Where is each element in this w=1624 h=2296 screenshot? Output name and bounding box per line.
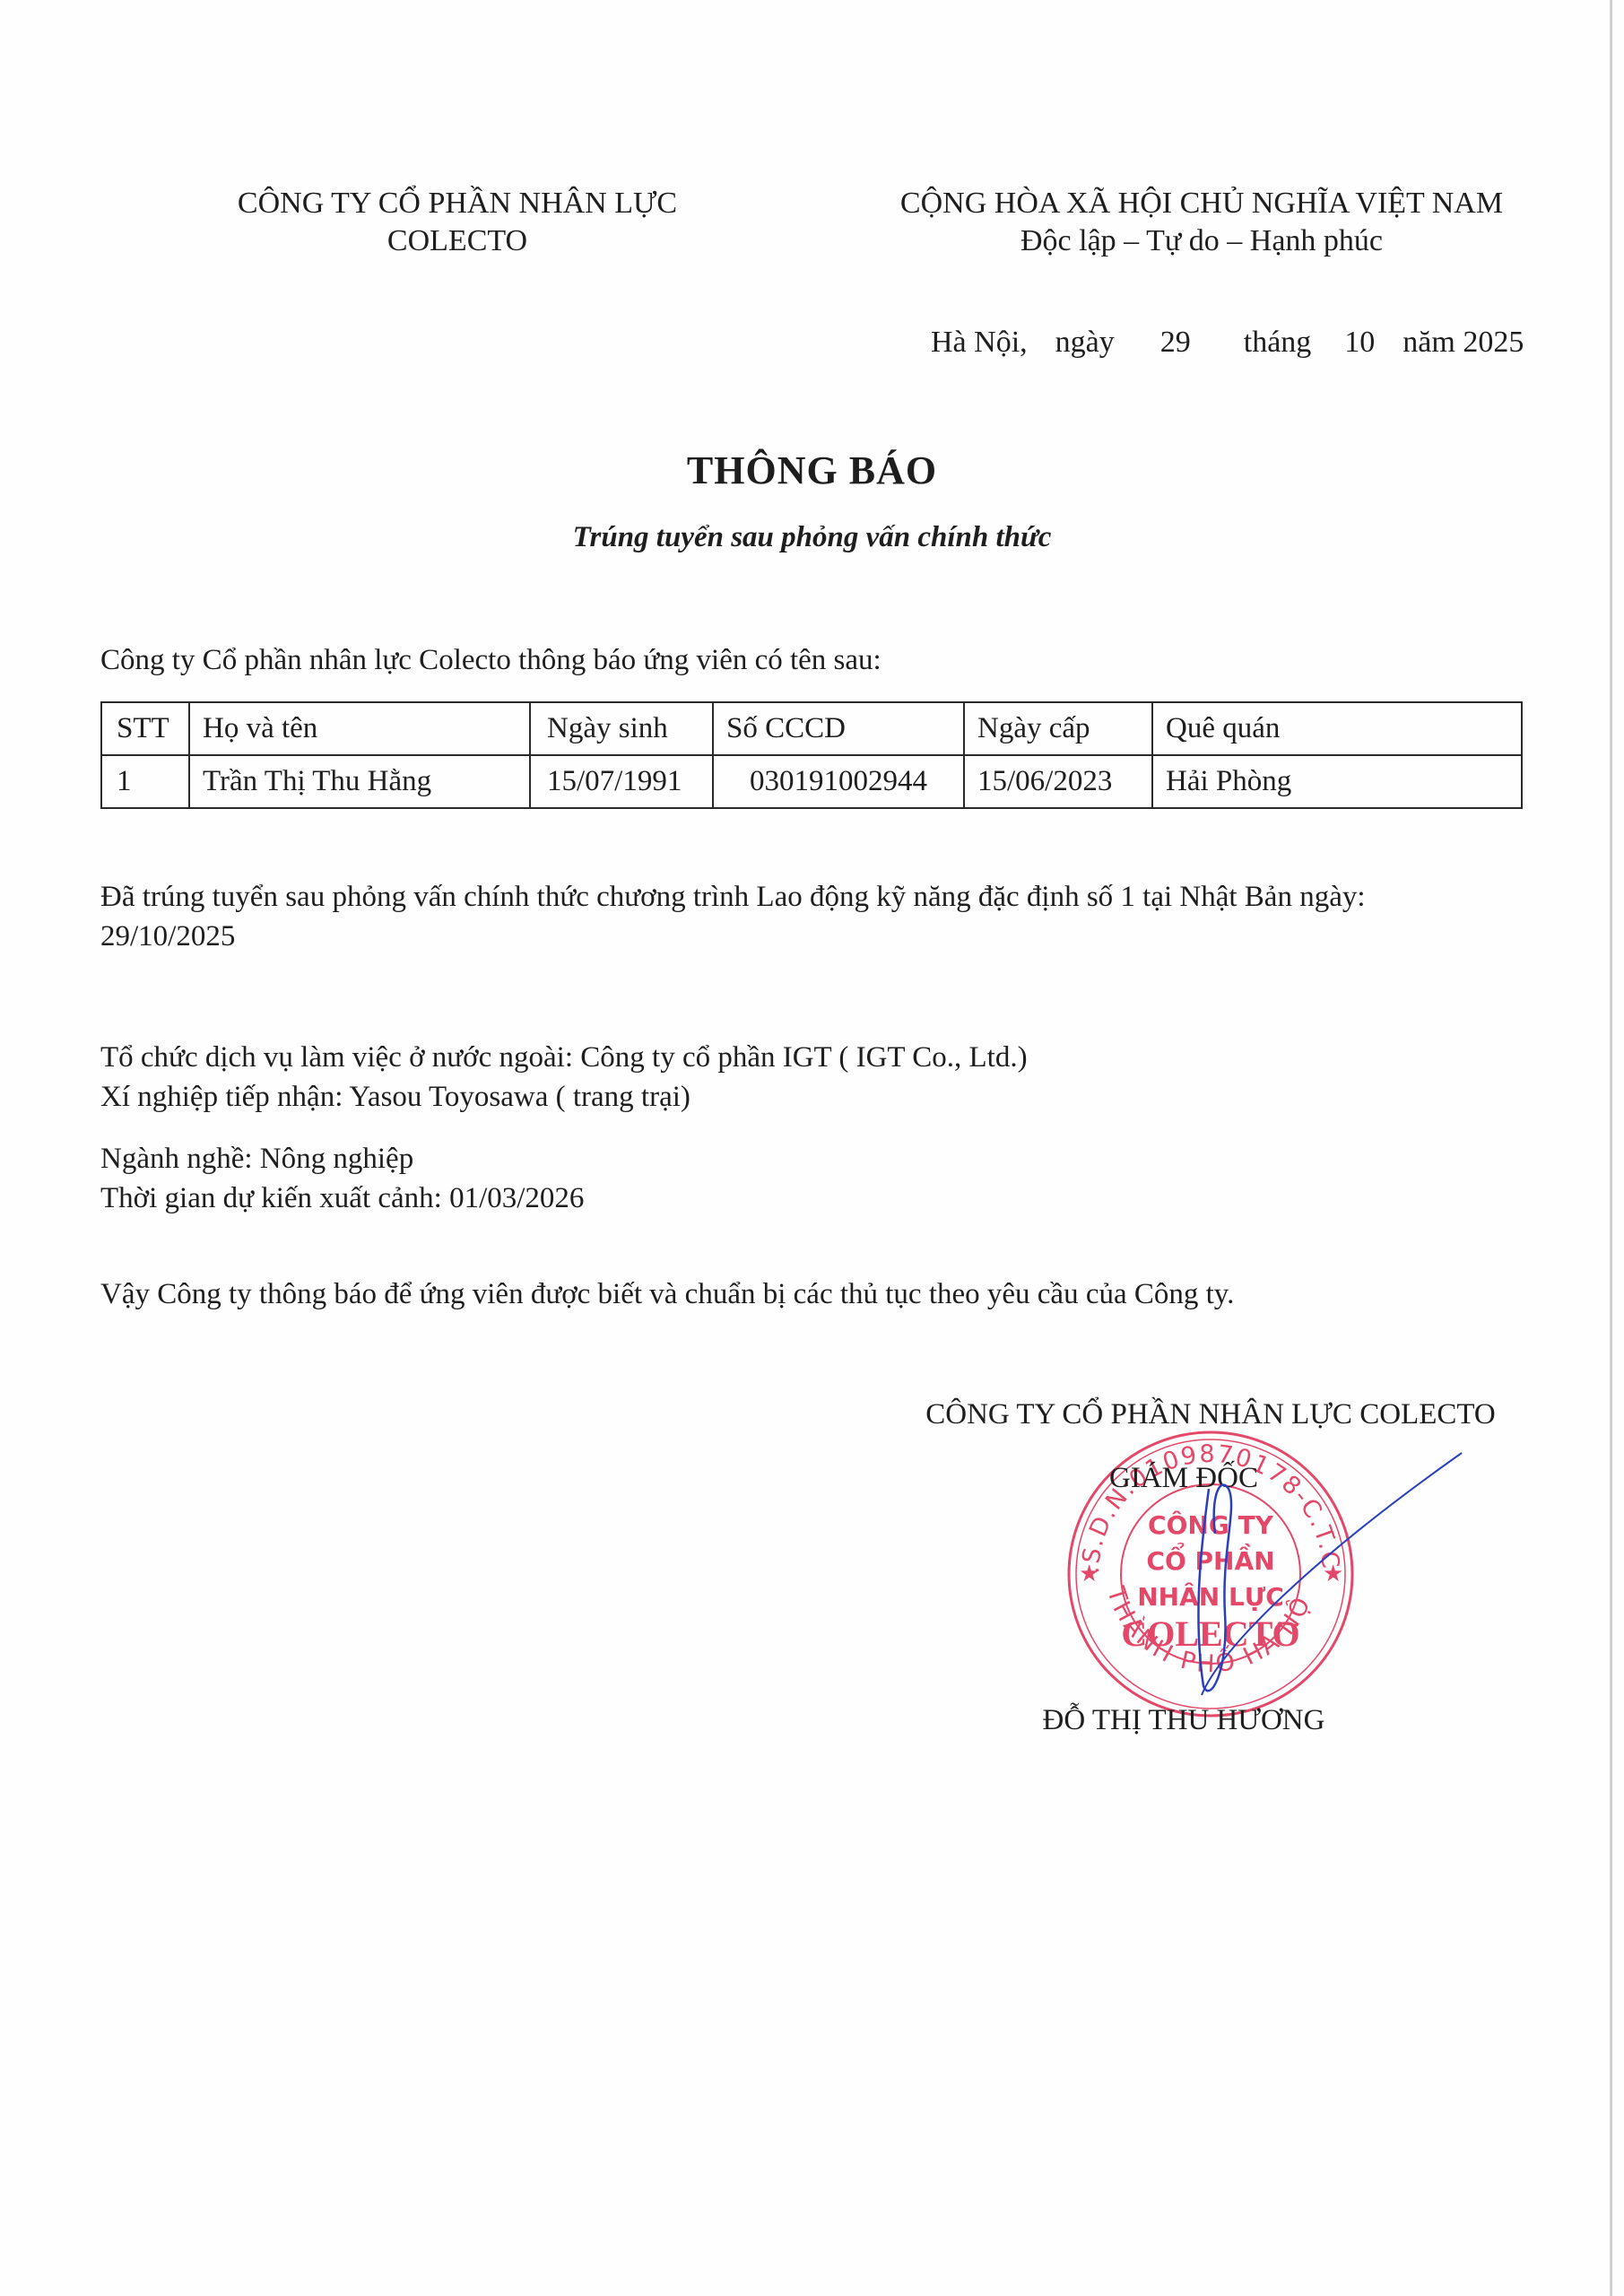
placement-paragraph: Tổ chức dịch vụ làm việc ở nước ngoài: C… — [100, 1038, 1028, 1117]
employer-line: Xí nghiệp tiếp nhận: Yasou Toyosawa ( tr… — [100, 1077, 1028, 1117]
header-issue-date: Ngày cấp — [964, 702, 1152, 755]
cell-issue-date: 15/06/2023 — [964, 755, 1152, 808]
job-paragraph: Ngành nghề: Nông nghiệp Thời gian dự kiế… — [100, 1139, 584, 1218]
cell-hometown: Hải Phòng — [1152, 755, 1522, 808]
result-date: 29/10/2025 — [100, 917, 1535, 956]
issuer-header: CÔNG TY CỔ PHẦN NHÂN LỰC COLECTO — [179, 185, 735, 260]
issuer-name-line2: COLECTO — [179, 222, 735, 260]
date-place: Hà Nội, — [931, 323, 1028, 362]
date-year-label: năm — [1403, 323, 1455, 362]
issuer-name-line1: CÔNG TY CỔ PHẦN NHÂN LỰC — [179, 185, 735, 222]
candidate-table: STT Họ và tên Ngày sinh Số CCCD Ngày cấp… — [100, 701, 1523, 809]
svg-text:★: ★ — [1079, 1561, 1099, 1587]
cell-date-of-birth: 15/07/1991 — [530, 755, 713, 808]
document-page: CÔNG TY CỔ PHẦN NHÂN LỰC COLECTO CỘNG HÒ… — [0, 0, 1624, 2296]
table-row: 1 Trần Thị Thu Hằng 15/07/1991 030191002… — [101, 755, 1522, 808]
date-year: 2025 — [1463, 323, 1524, 362]
document-subtitle: Trúng tuyển sau phỏng vấn chính thức — [0, 518, 1624, 557]
result-line: Đã trúng tuyển sau phỏng vấn chính thức … — [100, 877, 1535, 917]
date-month-label: tháng — [1244, 323, 1312, 362]
table-header-row: STT Họ và tên Ngày sinh Số CCCD Ngày cấp… — [101, 702, 1522, 755]
national-motto: Độc lập – Tự do – Hạnh phúc — [861, 222, 1542, 260]
header-stt: STT — [101, 702, 189, 755]
header-full-name: Họ và tên — [189, 702, 530, 755]
closing-paragraph: Vậy Công ty thông báo để ứng viên được b… — [100, 1275, 1234, 1314]
cell-id-number: 030191002944 — [713, 755, 964, 808]
result-paragraph: Đã trúng tuyển sau phỏng vấn chính thức … — [100, 877, 1535, 956]
date-day: 29 — [1160, 323, 1191, 362]
cell-full-name: Trần Thị Thu Hằng — [189, 755, 530, 808]
agency-line: Tổ chức dịch vụ làm việc ở nước ngoài: C… — [100, 1038, 1028, 1077]
signatory-name: ĐỖ THỊ THU HƯƠNG — [986, 1701, 1381, 1740]
header-hometown: Quê quán — [1152, 702, 1522, 755]
document-title: THÔNG BÁO — [0, 445, 1624, 496]
header-date-of-birth: Ngày sinh — [530, 702, 713, 755]
intro-text: Công ty Cổ phần nhân lực Colecto thông b… — [100, 641, 881, 680]
scan-edge-line — [1610, 0, 1612, 2296]
national-header: CỘNG HÒA XÃ HỘI CHỦ NGHĨA VIỆT NAM Độc l… — [861, 185, 1542, 260]
industry-line: Ngành nghề: Nông nghiệp — [100, 1139, 584, 1178]
departure-line: Thời gian dự kiến xuất cảnh: 01/03/2026 — [100, 1178, 584, 1218]
cell-stt: 1 — [101, 755, 189, 808]
date-day-label: ngày — [1055, 323, 1115, 362]
handwritten-signature-icon — [1166, 1435, 1471, 1722]
date-line: Hà Nội, ngày 29 tháng 10 năm 2025 — [931, 323, 1524, 362]
date-month: 10 — [1344, 323, 1375, 362]
national-title: CỘNG HÒA XÃ HỘI CHỦ NGHĨA VIỆT NAM — [861, 185, 1542, 222]
header-id-number: Số CCCD — [713, 702, 964, 755]
